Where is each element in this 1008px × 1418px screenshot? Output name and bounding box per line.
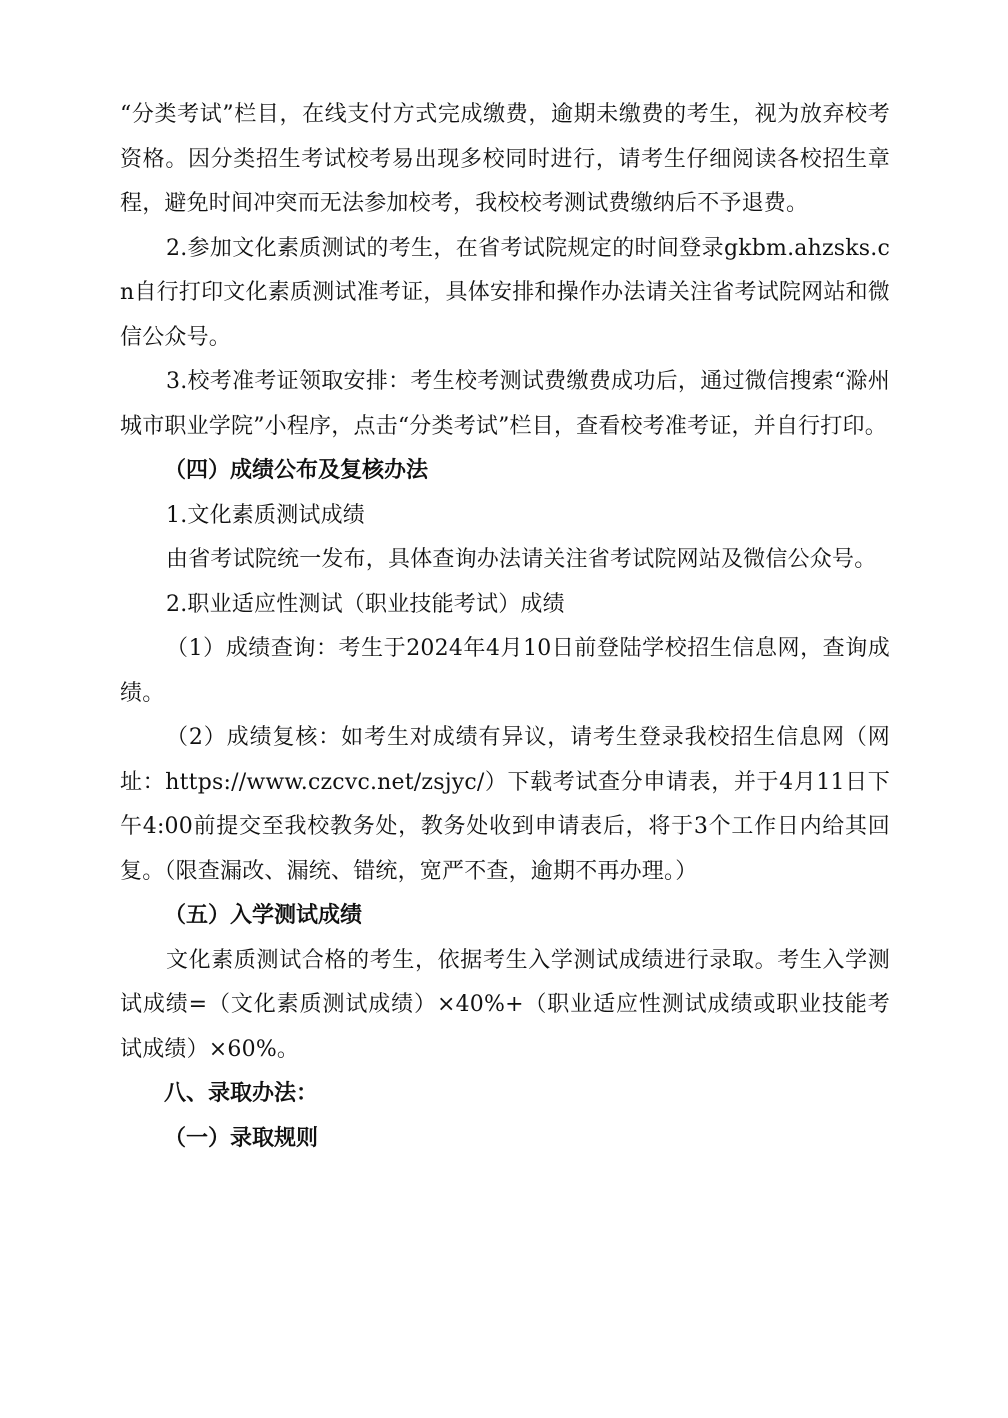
section-heading-admission-rules: （一）录取规则 xyxy=(120,1117,890,1162)
subheading-culture-test-score: 1.文化素质测试成绩 xyxy=(120,494,890,539)
paragraph-score-query: （1）成绩查询：考生于2024年4月10日前登陆学校招生信息网，查询成绩。 xyxy=(120,627,890,716)
subheading-vocational-test-score: 2.职业适应性测试（职业技能考试）成绩 xyxy=(120,583,890,628)
paragraph-school-exam-admission: 3.校考准考证领取安排：考生校考测试费缴费成功后，通过微信搜索“滁州城市职业学院… xyxy=(120,360,890,449)
paragraph-culture-score-release: 由省考试院统一发布，具体查询办法请关注省考试院网站及微信公众号。 xyxy=(120,538,890,583)
document-page: “分类考试”栏目，在线支付方式完成缴费，逾期未缴费的考生，视为放弃校考资格。因分… xyxy=(120,93,890,1161)
section-heading-entrance-score: （五）入学测试成绩 xyxy=(120,894,890,939)
section-heading-score-release: （四）成绩公布及复核办法 xyxy=(120,449,890,494)
paragraph-payment-notice: “分类考试”栏目，在线支付方式完成缴费，逾期未缴费的考生，视为放弃校考资格。因分… xyxy=(120,93,890,227)
paragraph-entrance-score-formula: 文化素质测试合格的考生，依据考生入学测试成绩进行录取。考生入学测试成绩=（文化素… xyxy=(120,939,890,1073)
paragraph-culture-test-admission: 2.参加文化素质测试的考生，在省考试院规定的时间登录gkbm.ahzsks.cn… xyxy=(120,227,890,361)
section-heading-admission-method: 八、录取办法： xyxy=(120,1072,890,1117)
paragraph-score-review: （2）成绩复核：如考生对成绩有异议，请考生登录我校招生信息网（网址：https:… xyxy=(120,716,890,894)
